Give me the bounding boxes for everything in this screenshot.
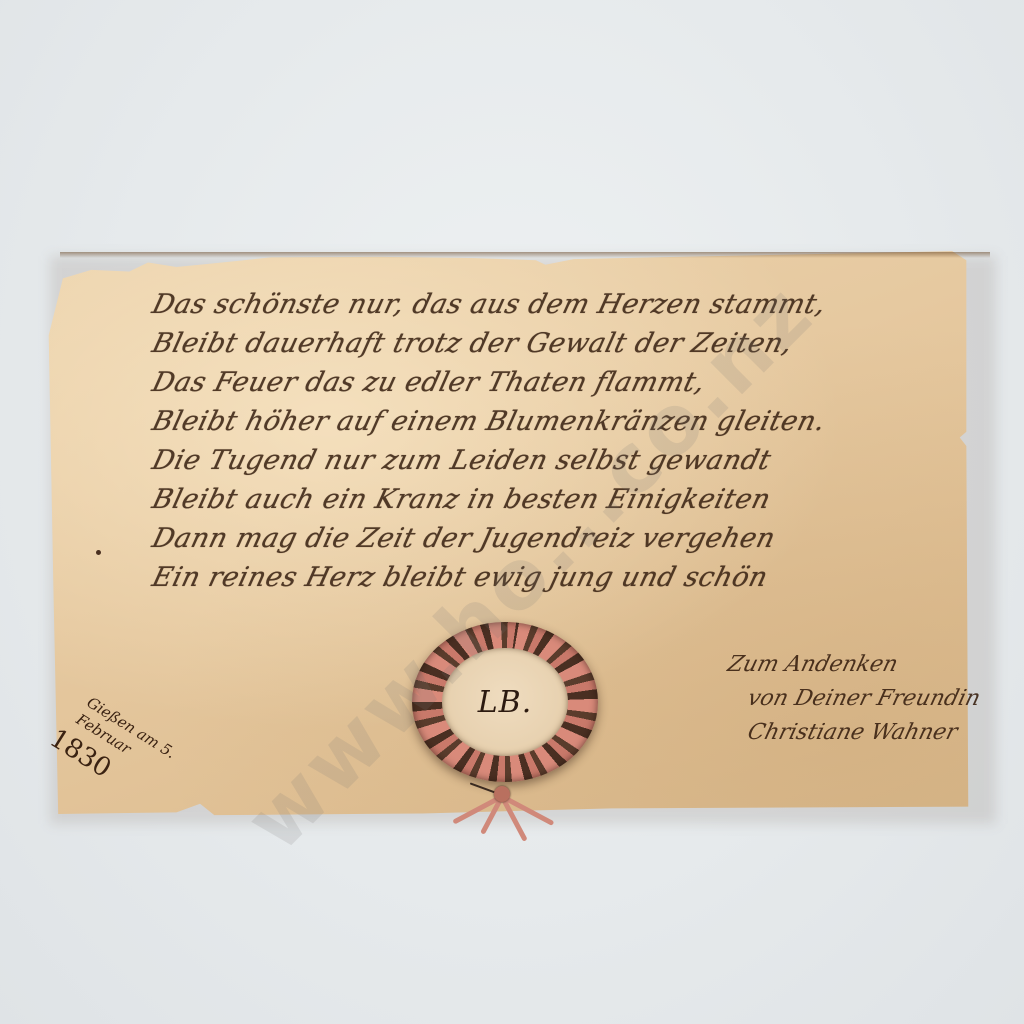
- signature-line-from: von Deiner Freundin: [724, 682, 1002, 716]
- poem-line: Bleibt dauerhaft trotz der Gewalt der Ze…: [148, 324, 958, 363]
- signature-block: Zum Andenken von Deiner Freundin Christi…: [728, 648, 998, 750]
- poem-text: Das schönste nur, das aus dem Herzen sta…: [148, 285, 948, 597]
- ink-dot: [96, 550, 101, 555]
- monogram: LB.: [478, 685, 533, 720]
- poem-line: Die Tugend nur zum Leiden selbst gewandt: [148, 441, 958, 480]
- signature-line-dedication: Zum Andenken: [724, 648, 1002, 682]
- ribbon-knot: [494, 786, 510, 802]
- poem-line: Bleibt auch ein Kranz in besten Einigkei…: [148, 480, 958, 519]
- torn-top-edge: [60, 252, 990, 258]
- photo-stage: Das schönste nur, das aus dem Herzen sta…: [0, 0, 1024, 1024]
- poem-line: Dann mag die Zeit der Jugendreiz vergehe…: [148, 519, 958, 558]
- poem-line: Ein reines Herz bleibt ewig jung und sch…: [148, 558, 958, 597]
- poem-line: Das schönste nur, das aus dem Herzen sta…: [148, 285, 958, 324]
- signature-line-name: Christiane Wahner: [724, 716, 1002, 750]
- poem-line: Das Feuer das zu edler Thaten flammt,: [148, 363, 958, 402]
- wreath-center: LB.: [442, 648, 568, 756]
- fabric-wreath: LB.: [412, 622, 598, 782]
- ribbon-bow: [432, 780, 572, 860]
- poem-line: Bleibt höher auf einem Blumenkränzen gle…: [148, 402, 958, 441]
